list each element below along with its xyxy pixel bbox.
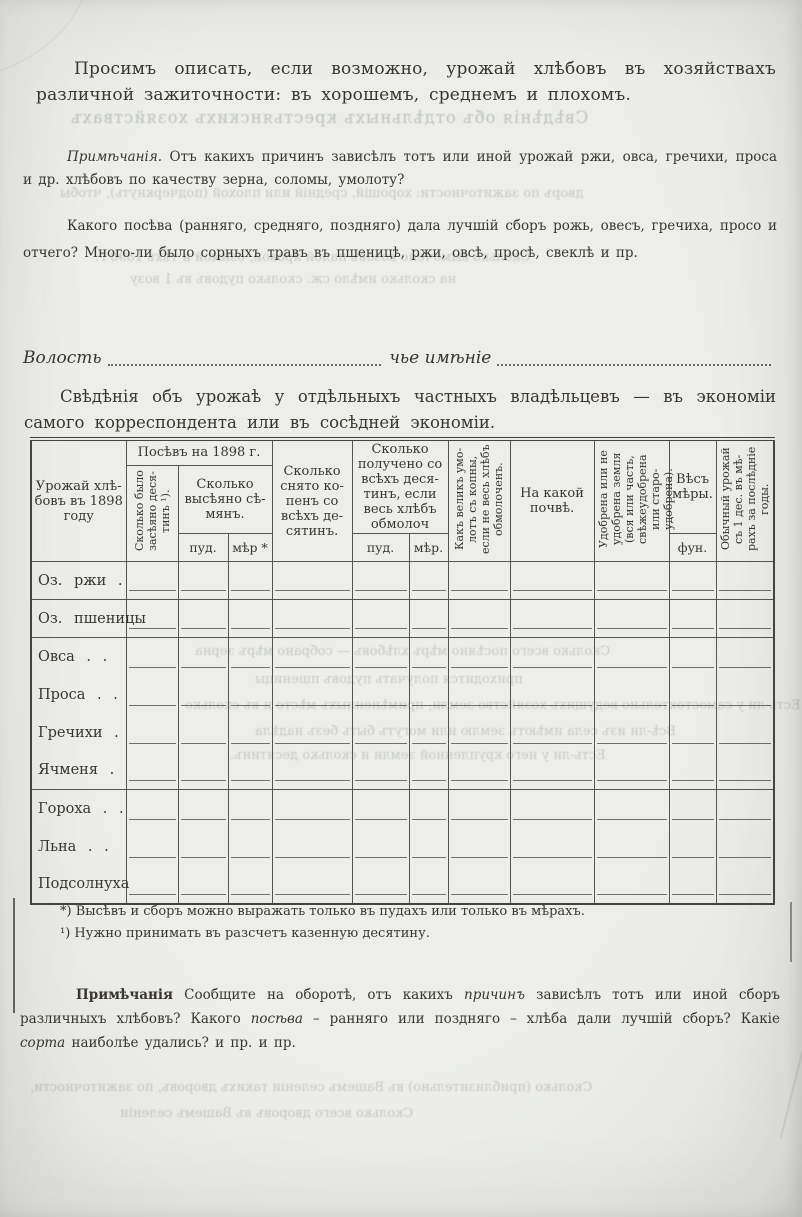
table-cell — [594, 562, 669, 600]
table-cell — [669, 638, 716, 676]
volost-label: Волость — [23, 348, 102, 368]
table-cell — [448, 638, 510, 676]
table-row-buckwheat: Гречихи . — [31, 714, 774, 752]
col-header-sheaves: Сколько снято ко­пенъ со всѣхъ де­сятинъ… — [272, 439, 352, 562]
table-cell — [352, 600, 409, 638]
table-cell — [228, 828, 272, 866]
table-cell — [594, 600, 669, 638]
table-cell — [594, 790, 669, 828]
table-cell — [716, 866, 774, 904]
subcol-mer-1: мѣр * — [228, 534, 272, 562]
row-label: Ячменя . — [31, 752, 126, 790]
intro-paragraph: Просимъ описать, если возможно, урожай х… — [36, 56, 776, 108]
volost-blank — [108, 349, 382, 366]
fertilized-vertical-text: Удобрена или не удобрена земля (вся или … — [597, 443, 675, 555]
volost-line: Волость чье имѣніе — [23, 348, 777, 368]
table-row-winter-wheat: Оз. пшеницы — [31, 600, 774, 638]
subcol-pud-2: пуд. — [352, 534, 409, 562]
table-cell — [448, 828, 510, 866]
table-cell — [510, 790, 594, 828]
row-label: Проса . . — [31, 676, 126, 714]
table-cell — [178, 562, 228, 600]
table-cell — [178, 638, 228, 676]
table-cell — [178, 828, 228, 866]
page-crease-right — [780, 992, 802, 1138]
table-cell — [352, 562, 409, 600]
table-cell — [272, 828, 352, 866]
table-cell — [409, 714, 448, 752]
table-cell — [716, 638, 774, 676]
table-cell — [669, 752, 716, 790]
table-cell — [409, 790, 448, 828]
bottom-note-italic: сорта — [20, 1035, 65, 1051]
bottom-note-label: Примѣчанія — [76, 987, 173, 1003]
row-label: Оз. пшеницы — [31, 600, 126, 638]
table-cell — [594, 828, 669, 866]
table-cell — [272, 638, 352, 676]
table-cell — [669, 562, 716, 600]
col-header-usual-harvest: Обычный урожай съ 1 дес. въ мѣ­рахъ за п… — [716, 439, 774, 562]
estate-label: чье имѣніе — [389, 348, 491, 368]
table-cell — [352, 676, 409, 714]
table-row-winter-rye: Оз. ржи . — [31, 562, 774, 600]
notes-paragraph-1: Примѣчанія. Отъ какихъ причинъ зависѣлъ … — [23, 146, 777, 192]
table-row-barley: Ячменя . — [31, 752, 774, 790]
col-header-weight: Вѣсъ мѣры. — [669, 439, 716, 534]
table-cell — [594, 714, 669, 752]
table-cell — [510, 828, 594, 866]
bleedthrough-line: Сколько всего дворовъ въ Вашемъ селеніи — [120, 1106, 413, 1121]
harvest-table: Урожай хлѣ­бовъ въ 1898 году Посѣвъ на 1… — [30, 437, 775, 905]
table-cell — [510, 676, 594, 714]
table-cell — [594, 752, 669, 790]
table-row-sunflower: Подсолнуха — [31, 866, 774, 904]
col-header-received: Сколько получено со всѣхъ деся­тинъ, есл… — [352, 439, 448, 534]
table-cell — [669, 828, 716, 866]
scanned-questionnaire-page: { "colors": { "paper": "#eaebe6", "ink":… — [0, 0, 802, 1217]
table-cell — [272, 714, 352, 752]
table-cell — [228, 676, 272, 714]
table-cell — [510, 866, 594, 904]
table-cell — [409, 600, 448, 638]
table-cell — [448, 562, 510, 600]
table-cell — [178, 790, 228, 828]
table-cell — [272, 676, 352, 714]
bottom-note-text: – ранняго или поздняго – хлѣба дали лучш… — [313, 1011, 780, 1027]
row-label: Гороха . . — [31, 790, 126, 828]
footnote-one: ¹) Нужно принимать въ разсчетъ казенную … — [30, 923, 760, 945]
table-cell — [448, 676, 510, 714]
table-cell — [409, 752, 448, 790]
usual-harvest-vertical-text: Обычный урожай съ 1 дес. въ мѣ­рахъ за п… — [719, 443, 771, 555]
scan-edge-mark-left — [13, 898, 15, 1013]
table-cell — [126, 866, 178, 904]
bottom-note-text: Сообщите на оборотѣ, отъ какихъ — [184, 987, 453, 1003]
col-header-fertilized: Удобрена или не удобрена земля (вся или … — [594, 439, 669, 562]
table-cell — [228, 866, 272, 904]
table-cell — [228, 562, 272, 600]
table-cell — [510, 562, 594, 600]
table-row-flax: Льна . . — [31, 828, 774, 866]
table-cell — [669, 714, 716, 752]
row-label: Подсолнуха — [31, 866, 126, 904]
table-cell — [448, 790, 510, 828]
table-cell — [409, 828, 448, 866]
table-cell — [352, 752, 409, 790]
col-header-seeds: Сколько высѣяно сѣ­мянъ. — [178, 465, 272, 534]
notes-label: Примѣчанія. — [67, 149, 162, 165]
table-cell — [716, 676, 774, 714]
table-cell — [178, 600, 228, 638]
table-cell — [126, 562, 178, 600]
row-label: Гречихи . — [31, 714, 126, 752]
table-row-peas: Гороха . . — [31, 790, 774, 828]
col-header-sown-group: Посѣвъ на 1898 г. — [126, 439, 272, 465]
table-cell — [510, 714, 594, 752]
table-cell — [352, 790, 409, 828]
col-header-soil: На какой почвѣ. — [510, 439, 594, 562]
table-cell — [126, 676, 178, 714]
table-cell — [669, 790, 716, 828]
table-row-millet: Проса . . — [31, 676, 774, 714]
table-cell — [272, 562, 352, 600]
table-cell — [716, 600, 774, 638]
scan-edge-mark-right — [790, 902, 792, 962]
estate-blank — [497, 349, 771, 366]
table-cell — [409, 562, 448, 600]
table-cell — [126, 752, 178, 790]
table-cell — [178, 866, 228, 904]
table-cell — [178, 752, 228, 790]
table-cell — [716, 714, 774, 752]
table-cell — [126, 828, 178, 866]
table-cell — [448, 866, 510, 904]
table-cell — [594, 676, 669, 714]
table-cell — [178, 714, 228, 752]
bottom-note-italic: причинъ — [464, 987, 525, 1003]
row-label: Оз. ржи . — [31, 562, 126, 600]
footnote-star: *) Высѣвъ и сборъ можно выражать только … — [30, 901, 760, 923]
table-cell — [669, 600, 716, 638]
table-cell — [352, 866, 409, 904]
table-cell — [716, 562, 774, 600]
table-cell — [510, 752, 594, 790]
table-cell — [228, 714, 272, 752]
row-label: Овса . . — [31, 638, 126, 676]
bottom-note-text: наиболѣе удались? и пр. и пр. — [71, 1035, 295, 1051]
table-cell — [178, 676, 228, 714]
table-cell — [716, 790, 774, 828]
col-header-harvest: Урожай хлѣ­бовъ въ 1898 году — [31, 439, 126, 562]
table-cell — [409, 676, 448, 714]
table-cell — [272, 600, 352, 638]
bleedthrough-line: Сколько (приблизительно) въ Вашемъ селен… — [30, 1080, 592, 1095]
table-cell — [510, 600, 594, 638]
table-cell — [409, 866, 448, 904]
subcol-mer-2: мѣр. — [409, 534, 448, 562]
table-cell — [352, 638, 409, 676]
umolot-vertical-text: Какъ великъ умо­лотъ съ копны, если не в… — [453, 443, 505, 555]
table-cell — [352, 714, 409, 752]
table-cell — [126, 638, 178, 676]
table-row-oats: Овса . . — [31, 638, 774, 676]
table-cell — [272, 866, 352, 904]
bottom-note-italic: посѣва — [251, 1011, 303, 1027]
table-cell — [594, 866, 669, 904]
bleedthrough-heading: Свѣдѣнія объ отдѣльныхъ крестьянскихъ хо… — [70, 108, 588, 127]
table-cell — [126, 714, 178, 752]
table-cell — [272, 790, 352, 828]
table-cell — [594, 638, 669, 676]
table-cell — [228, 638, 272, 676]
table-cell — [126, 790, 178, 828]
bleedthrough-line: на сколько имѣло сж. сколько пудовъ въ 1… — [130, 272, 456, 287]
subcol-pud-1: пуд. — [178, 534, 228, 562]
col-header-desyatin: Сколько было засѣяно деся­тинъ ¹). — [126, 465, 178, 562]
table-cell — [716, 828, 774, 866]
table-cell — [228, 752, 272, 790]
table-cell — [126, 600, 178, 638]
subcol-fun: фун. — [669, 534, 716, 562]
table-intro-paragraph: Свѣдѣнія объ урожаѣ у отдѣльныхъ частных… — [24, 384, 776, 436]
table-cell — [510, 638, 594, 676]
table-cell — [409, 638, 448, 676]
table-cell — [352, 828, 409, 866]
desyatin-vertical-text: Сколько было засѣяно деся­тинъ ¹). — [133, 467, 172, 555]
table-cell — [228, 600, 272, 638]
table-cell — [448, 600, 510, 638]
bottom-note-paragraph: Примѣчанія Сообщите на оборотѣ, отъ каки… — [20, 983, 780, 1055]
table-cell — [669, 676, 716, 714]
table-cell — [716, 752, 774, 790]
table-cell — [448, 714, 510, 752]
footnotes: *) Высѣвъ и сборъ можно выражать только … — [30, 901, 760, 945]
col-header-umolot: Какъ великъ умо­лотъ съ копны, если не в… — [448, 439, 510, 562]
table-cell — [669, 866, 716, 904]
table-cell — [272, 752, 352, 790]
row-label: Льна . . — [31, 828, 126, 866]
table-cell — [448, 752, 510, 790]
notes-paragraph-2: Какого посѣва (ранняго, средняго, поздня… — [23, 213, 777, 267]
table-cell — [228, 790, 272, 828]
